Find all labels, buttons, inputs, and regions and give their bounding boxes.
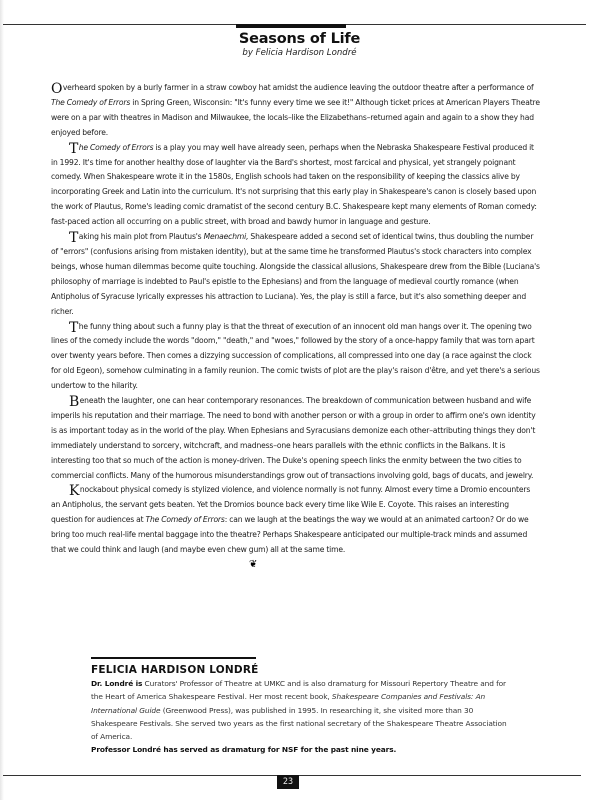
bio-text: Dr. Londré is Curators' Professor of The… [91,677,511,743]
play-title: he Comedy of Errors [79,143,154,152]
page-edge-shadow [0,0,4,800]
paragraph-4: The funny thing about such a funny play … [51,320,541,395]
bio-lead: Dr. Londré is [91,679,142,688]
play-title: Menaechmi, [204,232,249,241]
paragraph-1: Overheard spoken by a burly farmer in a … [51,81,541,141]
paragraph-6: Knockabout physical comedy is stylized v… [51,483,541,572]
paragraph-2: The Comedy of Errors is a play you may w… [51,141,541,230]
drop-cap: T [69,141,78,157]
drop-cap: K [69,483,79,499]
bio-rule [91,657,256,659]
article-title: Seasons of Life [0,30,599,48]
drop-cap: T [69,320,78,336]
drop-cap: B [69,394,79,410]
drop-cap: O [51,81,62,97]
article-byline: by Felicia Hardison Londré [0,48,599,59]
top-rule-accent [236,24,346,28]
drop-cap: T [69,230,78,246]
article-header: Seasons of Life by Felicia Hardison Lond… [0,30,599,59]
bio-author-name: FELICIA HARDISON LONDRÉ [91,664,511,677]
paragraph-3: Taking his main plot from Plautus's Mena… [51,230,541,319]
play-title: The Comedy of Errors [51,98,130,107]
bio-closing: Professor Londré has served as dramaturg… [91,743,511,756]
paragraph-5: Beneath the laughter, one can hear conte… [51,394,541,483]
page-number: 23 [277,775,299,789]
play-title: The Comedy of Errors [146,515,225,524]
author-bio: FELICIA HARDISON LONDRÉ Dr. Londré is Cu… [91,657,511,757]
article-body: Overheard spoken by a burly farmer in a … [51,81,541,573]
fleuron-ornament-icon: ❦ [231,560,257,570]
